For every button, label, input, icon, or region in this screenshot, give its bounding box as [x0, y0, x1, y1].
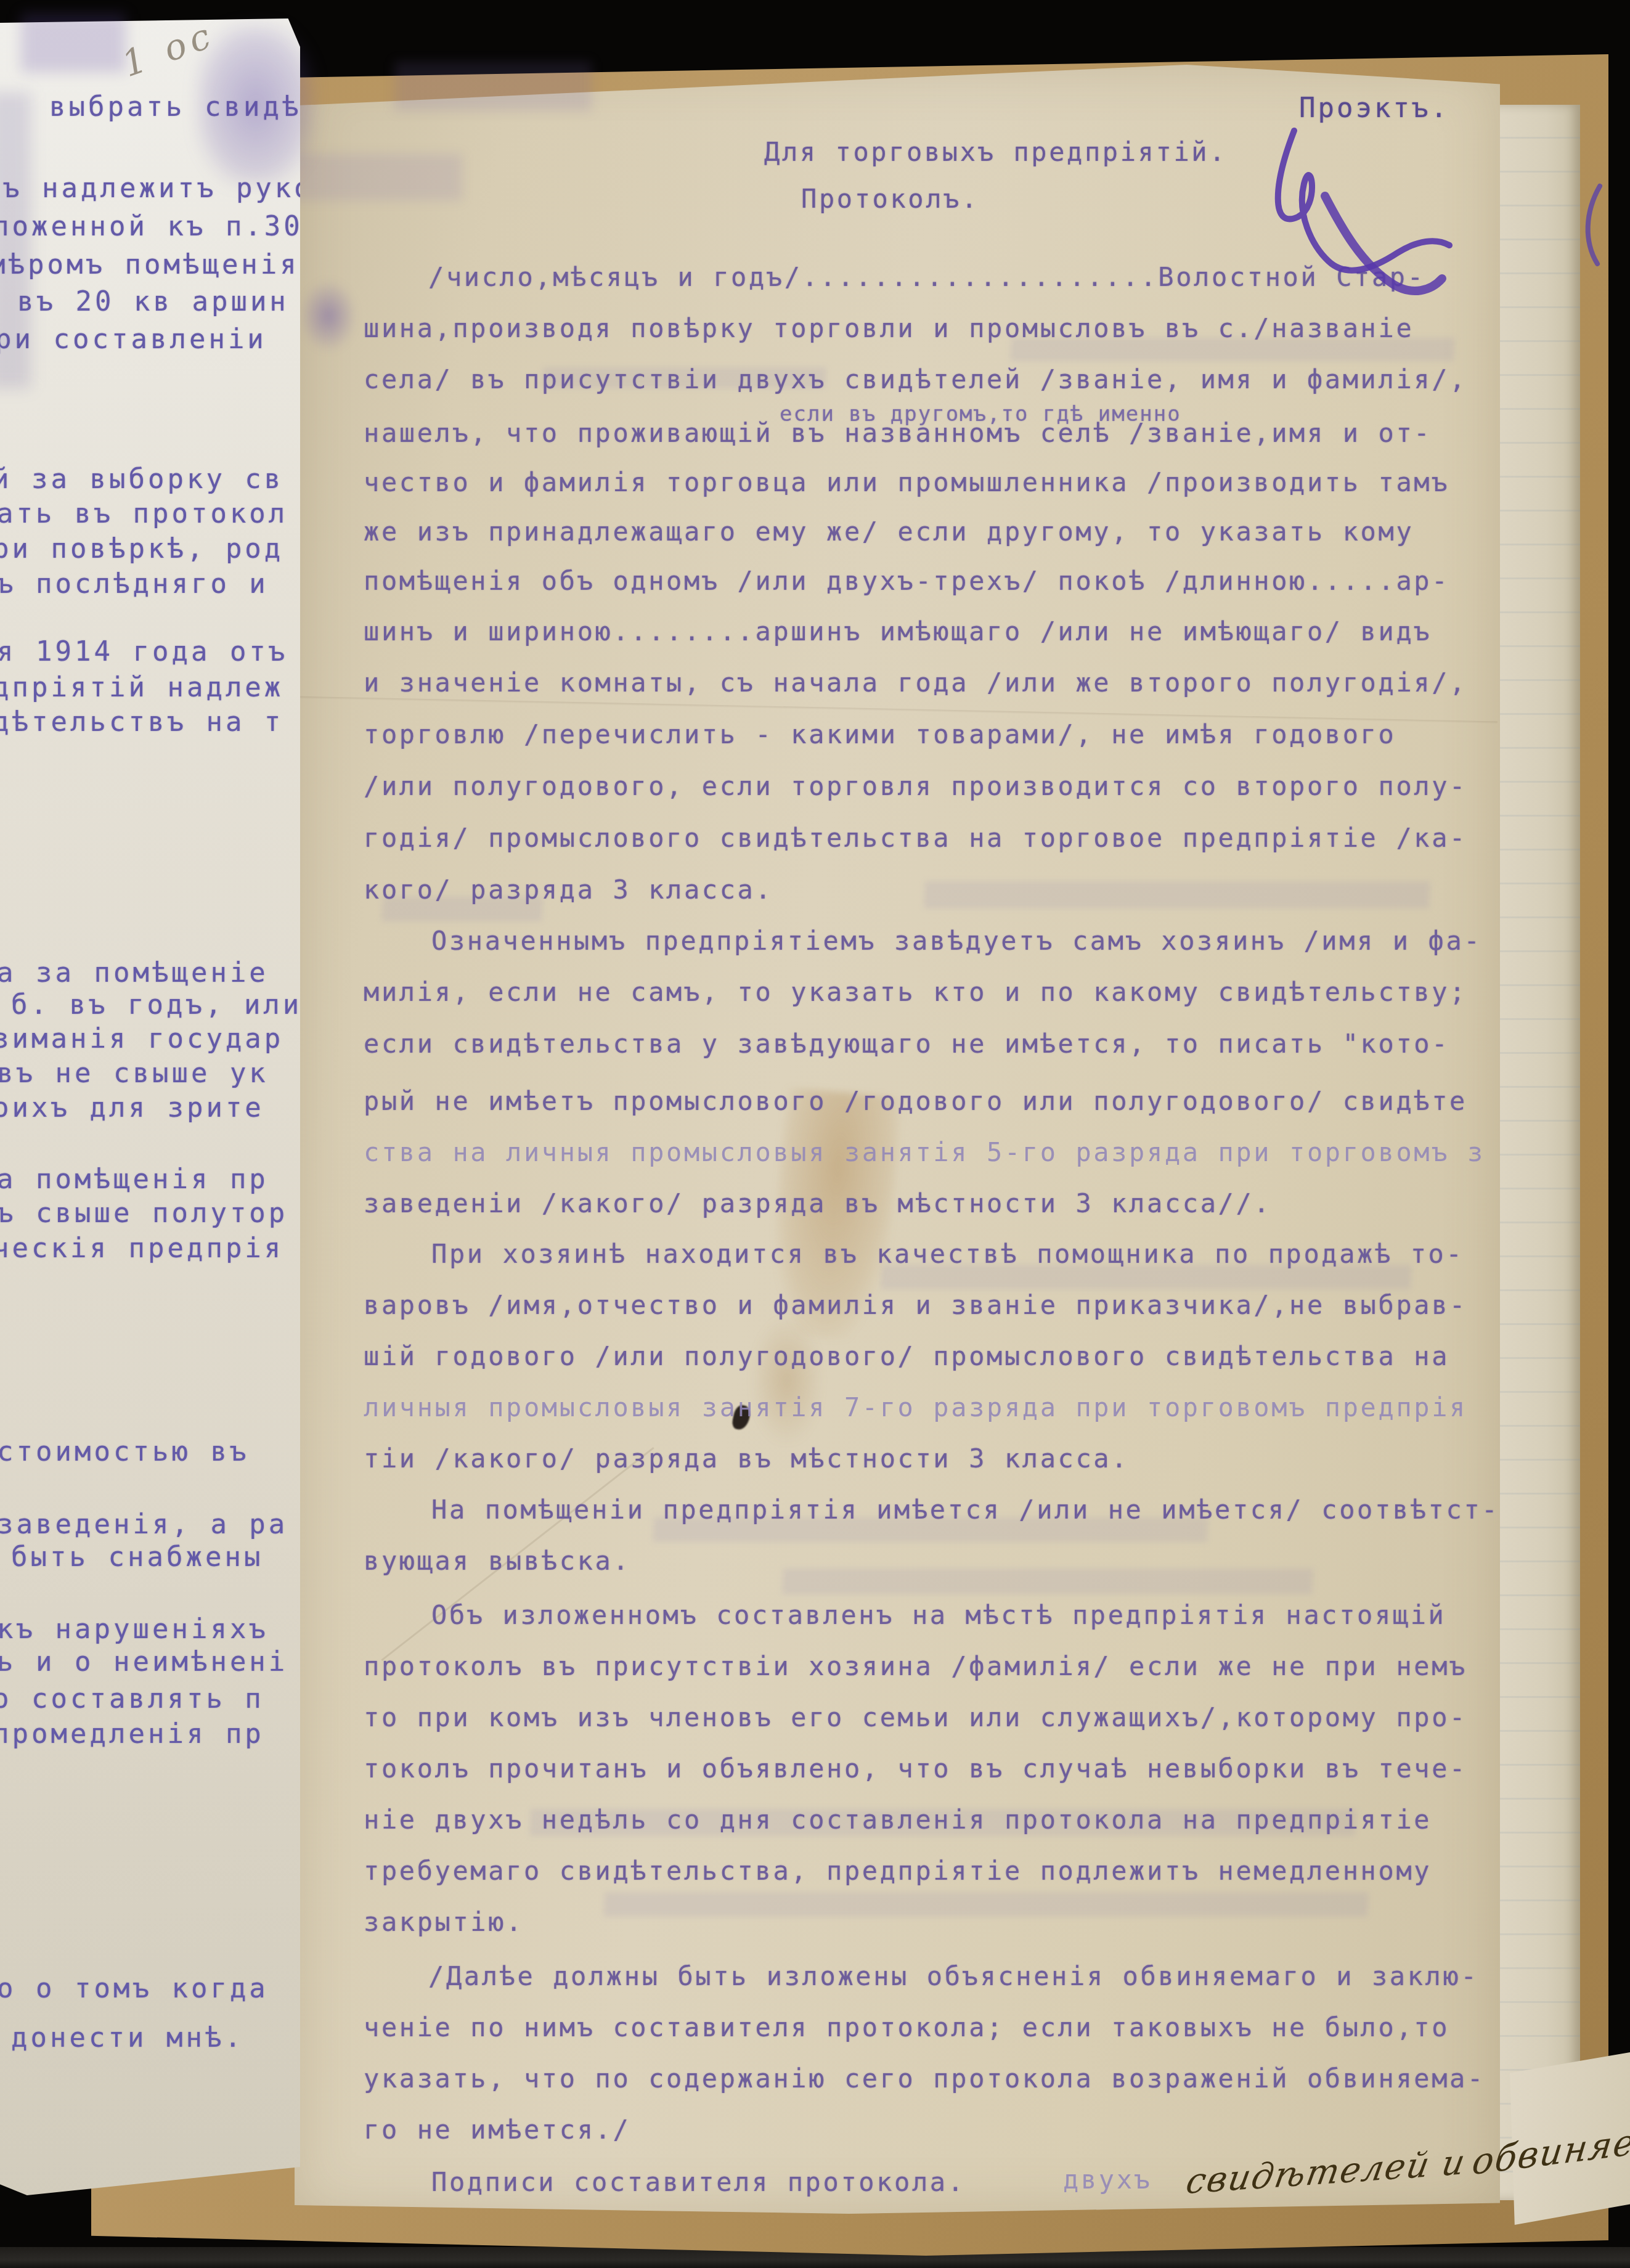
typed-line: годія/ промыслового свидѣтельства на тор… [364, 823, 1467, 853]
left-typed-line: дпріятій надлеж [0, 672, 283, 703]
typed-line: Объ изложенномъ составленъ на мѣстѣ пред… [431, 1600, 1446, 1630]
typed-line: указать, что по содержанію сего протокол… [364, 2063, 1485, 2094]
typed-line: чество и фамилія торговца или промышленн… [364, 467, 1449, 497]
left-typed-line: ь и о неимѣнені [0, 1646, 288, 1678]
archive-photo: Проэктъ. Для торговыхъ предпріятій. Прот… [0, 0, 1630, 2268]
left-typed-line: выбрать свидѣте [49, 91, 300, 123]
left-typed-line: ъ послѣдняго и [0, 568, 269, 600]
typed-line: ства на личныя промысловыя занятія 5-го … [364, 1137, 1485, 1167]
typed-line: села/ въ присутствіи двухъ свидѣтелей /з… [364, 364, 1467, 394]
typed-line: двухъ [1063, 2164, 1152, 2195]
left-typed-line: й за выборку св [0, 463, 283, 495]
left-typed-line: заведенія, а ра [0, 1509, 288, 1540]
typed-line: милія, если не самъ, то указать кто и по… [364, 977, 1467, 1007]
typed-line: нашелъ, что проживающій въ названномъ се… [364, 418, 1432, 448]
typed-line: /число,мѣсяцъ и годъ/...................… [428, 262, 1425, 292]
left-typed-line: ри составленіи [0, 324, 267, 355]
left-typed-line: а за помѣщеніе [0, 957, 269, 989]
ruled-lines [1495, 105, 1580, 2200]
typed-line: и значеніе комнаты, съ начала года /или … [364, 667, 1467, 698]
typed-line: личныя промысловыя занятія 7-го разряда … [364, 1392, 1467, 1422]
typed-line: токолъ прочитанъ и объявлено, что въ слу… [364, 1753, 1467, 1784]
typed-line: же изъ принадлежащаго ему же/ если друго… [364, 516, 1414, 547]
left-typed-line: я 1914 года отъ [0, 636, 288, 667]
left-typed-line: ъ надлежитъ руко [3, 173, 300, 204]
left-typed-line: ческія предпрія [0, 1233, 283, 1264]
typed-line: ніе двухъ недѣль со дня составленія прот… [364, 1805, 1432, 1835]
left-typed-line: дѣтельствъ на т [0, 706, 283, 738]
typed-line: шинъ и шириною........аршинъ имѣющаго /и… [364, 616, 1432, 647]
left-typed-line: къ нарушеніяхъ [0, 1613, 269, 1645]
typed-line: закрытію. [364, 1907, 524, 1937]
left-typed-line: донести мнѣ. [11, 2022, 244, 2054]
typed-line: заведеніи /какого/ разряда въ мѣстности … [364, 1188, 1271, 1218]
typed-line: варовъ /имя,отчество и фамилія и званіе … [364, 1290, 1467, 1320]
left-typed-line: б. въ годъ, или [11, 989, 300, 1021]
left-typed-line: стоимостью въ [0, 1436, 249, 1467]
typed-line: если свидѣтельства у завѣдующаго не имѣе… [364, 1029, 1449, 1059]
left-typed-line: ать въ протокол [0, 498, 288, 529]
typed-line: торговлю /перечислить - какими товарами/… [364, 719, 1396, 749]
typed-line: рый не имѣетъ промыслового /годового или… [364, 1086, 1467, 1116]
left-typed-line: быть снабжены [11, 1541, 263, 1573]
typed-line: то при комъ изъ членовъ его семьи или сл… [364, 1702, 1467, 1732]
left-typed-line: въ 20 кв аршин [17, 286, 289, 317]
left-typed-line: промедленія пр [0, 1718, 264, 1750]
left-typed-line: въ не свыше ук [0, 1058, 269, 1089]
left-typed-line: ложенной къ п.30 [0, 211, 300, 242]
typed-line: Подписи составителя протокола. [431, 2167, 966, 2197]
left-typed-line: о составлять п [0, 1683, 264, 1715]
typed-line: /Далѣе должны быть изложены объясненія о… [428, 1961, 1478, 1991]
left-typed-line: а помѣщенія пр [0, 1164, 269, 1195]
left-typed-line: зиманія государ [0, 1023, 283, 1054]
left-typed-line: о о томъ когда [0, 1973, 269, 2004]
typed-line: шина,производя повѣрку торговли и промыс… [364, 313, 1414, 343]
left-typed-line: ри повѣркѣ, род [0, 533, 283, 565]
typed-line: Означеннымъ предпріятіемъ завѣдуетъ самъ… [431, 926, 1481, 956]
left-typed-line: оихъ для зрите [0, 1092, 264, 1124]
document-title: Для торговыхъ предпріятій. [764, 137, 1227, 167]
left-typed-line: мѣромъ помѣщенія [0, 249, 300, 280]
typed-line: На помѣщеніи предпріятія имѣется /или не… [431, 1495, 1499, 1525]
left-typed-line: ъ свыше полутор [0, 1197, 288, 1229]
typed-line: шій годового /или полугодового/ промысло… [364, 1341, 1449, 1371]
corner-label: Проэктъ. [1299, 92, 1449, 124]
document-subtitle: Протоколъ. [801, 184, 979, 214]
left-page-text: выбрать свидѣтеъ надлежитъ руколоженной … [0, 0, 300, 2268]
typed-line: При хозяинѣ находится въ качествѣ помощн… [431, 1239, 1464, 1269]
typed-line: требуемаго свидѣтельства, предпріятіе по… [364, 1856, 1432, 1886]
typed-line: протоколъ въ присутствіи хозяина /фамилі… [364, 1651, 1467, 1681]
typed-line: /или полугодового, если торговля произво… [364, 771, 1467, 801]
typed-line: кого/ разряда 3 класса. [364, 875, 773, 905]
underlying-page-edge [1494, 105, 1580, 2200]
typed-line: тіи /какого/ разряда въ мѣстности 3 клас… [364, 1443, 1129, 1474]
typed-line: ченіе по нимъ составителя протокола; есл… [364, 2012, 1449, 2042]
typed-line: вующая вывѣска. [364, 1546, 630, 1576]
typed-line: го не имѣется./ [364, 2115, 630, 2145]
typed-line: помѣщенія объ одномъ /или двухъ-трехъ/ п… [364, 566, 1449, 596]
